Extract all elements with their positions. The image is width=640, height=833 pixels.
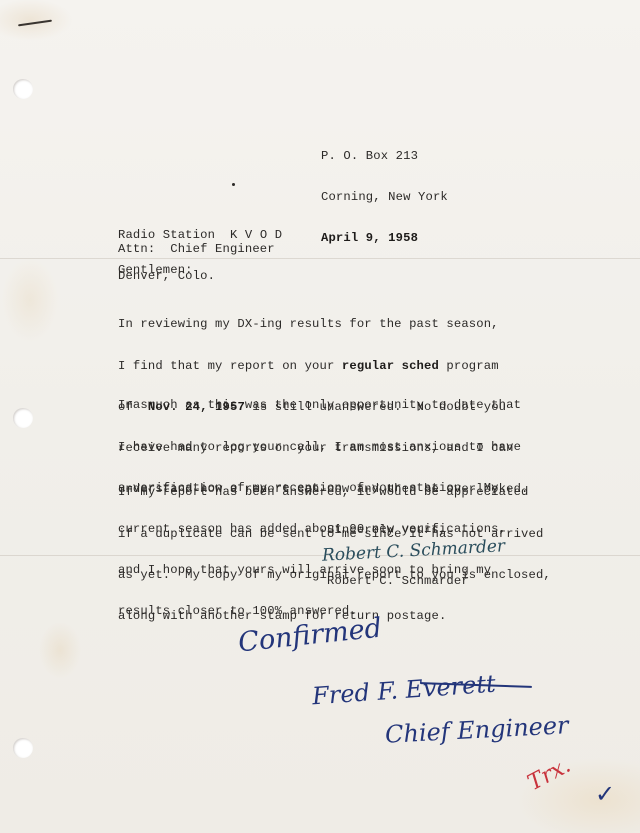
return-address-line2: Corning, New York xyxy=(321,191,448,205)
paper-fold-line xyxy=(0,258,640,259)
program-insert: regular sched xyxy=(342,359,439,373)
attention-line: Attn: Chief Engineer xyxy=(118,243,275,257)
call-sign: K V O D xyxy=(230,228,282,242)
ink-dot xyxy=(232,183,235,186)
return-address: P. O. Box 213 Corning, New York April 9,… xyxy=(321,123,448,273)
signer-title: Chief Engineer xyxy=(384,711,569,749)
typed-signature: Robert C. Schmarder xyxy=(327,575,469,589)
return-address-line1: P. O. Box 213 xyxy=(321,150,448,164)
pencil-mark xyxy=(18,20,52,27)
punch-hole-icon xyxy=(13,408,33,428)
paragraph-line: program xyxy=(439,359,499,373)
recipient-line1: Radio Station xyxy=(118,228,215,242)
letter-page: P. O. Box 213 Corning, New York April 9,… xyxy=(0,0,640,833)
paragraph-line: In reviewing my DX-ing results for the p… xyxy=(118,318,529,332)
salutation: Gentlemen: xyxy=(118,264,193,278)
punch-hole-icon xyxy=(13,738,33,758)
punch-hole-icon xyxy=(13,79,33,99)
paragraph-line: I have had to log your call, I am most a… xyxy=(118,441,521,455)
signer-signature: Fred F. Everett xyxy=(311,670,496,711)
paragraph-line: Inasmuch as this was the only opportunit… xyxy=(118,399,521,413)
checkmark-icon: ✓ xyxy=(595,780,615,808)
closing: Sincerely yours, xyxy=(327,524,446,538)
paragraph-line: I find that my report on your xyxy=(118,359,342,373)
letter-date: April 9, 1958 xyxy=(321,232,448,246)
paragraph-line: If my report has been answered, it would… xyxy=(118,486,551,500)
red-initials: Trx. xyxy=(524,753,575,796)
